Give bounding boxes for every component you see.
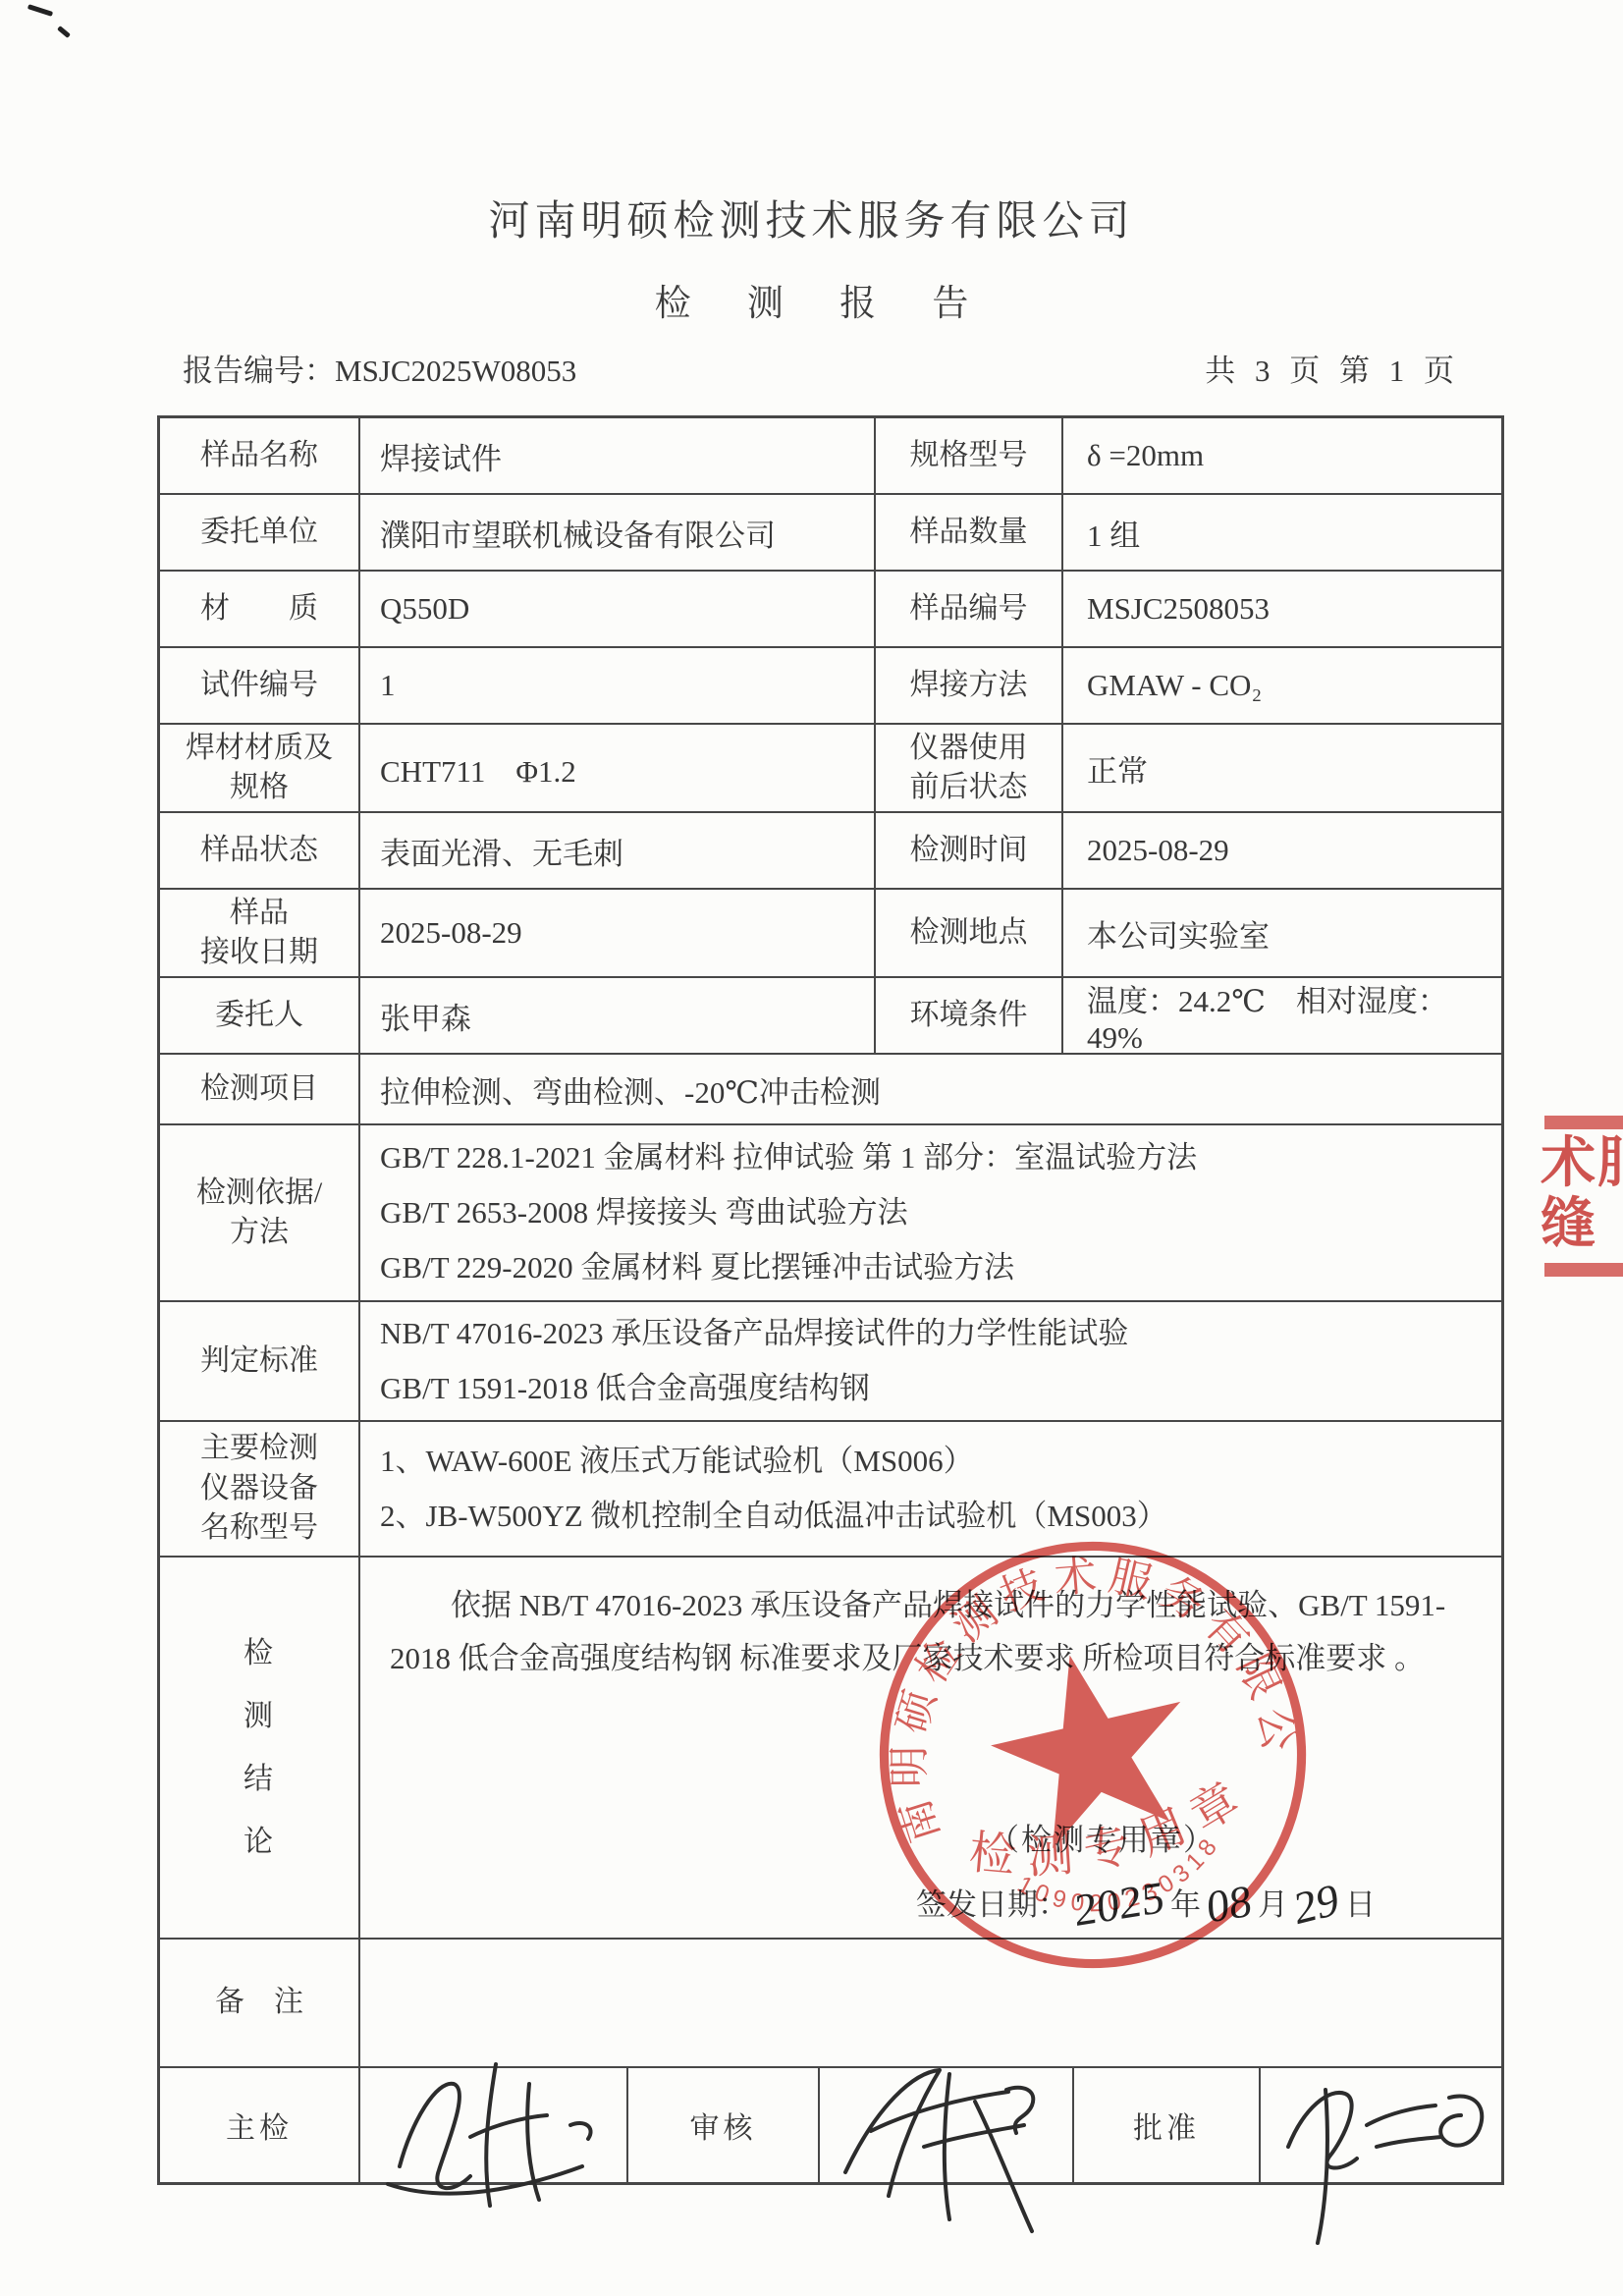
row-label: 样品编号 <box>876 572 1063 646</box>
table-row-judgment-standard: 判定标准 NB/T 47016-2023 承压设备产品焊接试件的力学性能试验 G… <box>160 1302 1501 1422</box>
issue-date-line: 签发日期：2025年08月29日 <box>916 1874 1376 1926</box>
basis-line: GB/T 2653-2008 焊接接头 弯曲试验方法 <box>380 1185 908 1240</box>
row-value: 焊接试件 <box>360 418 876 493</box>
scan-artifact <box>27 4 53 17</box>
judgment-line: GB/T 1591-2018 低合金高强度结构钢 <box>380 1361 870 1416</box>
table-row: 试件编号 1 焊接方法 GMAW - CO₂ <box>160 648 1501 725</box>
table-row: 样品 接收日期 2025-08-29 检测地点 本公司实验室 <box>160 890 1501 978</box>
row-value: δ =20mm <box>1063 418 1501 493</box>
row-label: 仪器使用 前后状态 <box>876 725 1063 811</box>
row-label: 样品 接收日期 <box>160 890 360 976</box>
instrument-line: 2、JB-W500YZ 微机控制全自动低温冲击试验机（MS003） <box>380 1489 1167 1544</box>
row-value: NB/T 47016-2023 承压设备产品焊接试件的力学性能试验 GB/T 1… <box>360 1302 1501 1420</box>
table-row-instruments: 主要检测 仪器设备 名称型号 1、WAW-600E 液压式万能试验机（MS006… <box>160 1422 1501 1558</box>
row-label: 样品名称 <box>160 418 360 493</box>
row-label: 检测项目 <box>160 1055 360 1123</box>
conclusion-text: 依据 NB/T 47016-2023 承压设备产品焊接试件的力学性能试验、GB/… <box>390 1579 1476 1685</box>
inspector-signature <box>360 2068 628 2182</box>
table-row-test-items: 检测项目 拉伸检测、弯曲检测、-20℃冲击检测 <box>160 1055 1501 1125</box>
row-label: 规格型号 <box>876 418 1063 493</box>
row-label: 委托人 <box>160 978 360 1053</box>
issue-date-label: 签发日期： <box>916 1887 1068 1922</box>
paging-seal-bar <box>1544 1263 1623 1277</box>
approver-signature-scribble <box>1261 2050 1506 2198</box>
remarks-value <box>360 1940 1501 2066</box>
row-label: 样品状态 <box>160 813 360 888</box>
row-label: 焊材材质及 规格 <box>160 725 360 811</box>
test-report-page: 河南明硕检测技术服务有限公司 检 测 报 告 报告编号：MSJC2025W080… <box>0 0 1623 2296</box>
row-value: 温度：24.2℃ 相对湿度：49% <box>1063 978 1501 1053</box>
conclusion-cell: 依据 NB/T 47016-2023 承压设备产品焊接试件的力学性能试验、GB/… <box>360 1558 1501 1938</box>
row-label: 备 注 <box>160 1940 360 2066</box>
approver-label: 批准 <box>1074 2068 1261 2182</box>
row-value: 1 组 <box>1063 495 1501 570</box>
table-row-conclusion: 检 测 结 论 依据 NB/T 47016-2023 承压设备产品焊接试件的力学… <box>160 1558 1501 1940</box>
row-value: MSJC2508053 <box>1063 572 1501 646</box>
row-value: 正常 <box>1063 725 1501 811</box>
table-row: 委托人 张甲森 环境条件 温度：24.2℃ 相对湿度：49% <box>160 978 1501 1055</box>
row-value: 张甲森 <box>360 978 876 1053</box>
row-value: CHT711 Φ1.2 <box>360 725 876 811</box>
table-row-signatures: 主检 审核 <box>160 2068 1501 2182</box>
basis-line: GB/T 229-2020 金属材料 夏比摆锤冲击试验方法 <box>380 1240 1014 1295</box>
inspector-label: 主检 <box>160 2068 360 2182</box>
issue-month-handwritten: 08 <box>1206 1874 1252 1934</box>
row-label: 样品数量 <box>876 495 1063 570</box>
row-label: 委托单位 <box>160 495 360 570</box>
row-value: GMAW - CO₂ <box>1063 648 1501 723</box>
paging-seal-characters: 术服 缝 <box>1541 1133 1623 1255</box>
row-value: 2025-08-29 <box>360 890 876 976</box>
page-indicator: 共 3 页 第 1 页 <box>1205 346 1460 390</box>
table-row-remarks: 备 注 <box>160 1940 1501 2068</box>
seal-note: （检测专用章） <box>989 1815 1216 1859</box>
table-row: 焊材材质及 规格 CHT711 Φ1.2 仪器使用 前后状态 正常 <box>160 725 1501 813</box>
instrument-line: 1、WAW-600E 液压式万能试验机（MS006） <box>380 1434 974 1489</box>
row-label: 判定标准 <box>160 1302 360 1420</box>
row-label: 主要检测 仪器设备 名称型号 <box>160 1422 360 1556</box>
table-row: 材 质 Q550D 样品编号 MSJC2508053 <box>160 572 1501 648</box>
row-value: Q550D <box>360 572 876 646</box>
approver-signature <box>1261 2068 1501 2182</box>
issue-day-handwritten: 29 <box>1293 1872 1340 1936</box>
report-title: 检 测 报 告 <box>0 273 1623 326</box>
reviewer-label: 审核 <box>628 2068 820 2182</box>
report-number-label: 报告编号： <box>183 354 335 388</box>
report-number: 报告编号：MSJC2025W08053 <box>183 346 576 390</box>
row-label: 检测依据/ 方法 <box>160 1125 360 1300</box>
report-table: 样品名称 焊接试件 规格型号 δ =20mm 委托单位 濮阳市望联机械设备有限公… <box>157 415 1504 2185</box>
table-row: 样品名称 焊接试件 规格型号 δ =20mm <box>160 418 1501 495</box>
issue-year-handwritten: 2025 <box>1074 1871 1165 1938</box>
row-value: GB/T 228.1-2021 金属材料 拉伸试验 第 1 部分：室温试验方法 … <box>360 1125 1501 1300</box>
row-label: 环境条件 <box>876 978 1063 1053</box>
row-value: 1、WAW-600E 液压式万能试验机（MS006） 2、JB-W500YZ 微… <box>360 1422 1501 1556</box>
row-value: 本公司实验室 <box>1063 890 1501 976</box>
table-row: 委托单位 濮阳市望联机械设备有限公司 样品数量 1 组 <box>160 495 1501 572</box>
issue-year-unit: 年 <box>1170 1887 1201 1922</box>
row-value: 2025-08-29 <box>1063 813 1501 888</box>
table-row-test-basis: 检测依据/ 方法 GB/T 228.1-2021 金属材料 拉伸试验 第 1 部… <box>160 1125 1501 1302</box>
reviewer-signature <box>820 2068 1074 2182</box>
inspector-signature-scribble <box>360 2050 628 2198</box>
table-row: 样品状态 表面光滑、无毛刺 检测时间 2025-08-29 <box>160 813 1501 890</box>
basis-line: GB/T 228.1-2021 金属材料 拉伸试验 第 1 部分：室温试验方法 <box>380 1130 1197 1185</box>
row-label: 检测时间 <box>876 813 1063 888</box>
row-label: 材 质 <box>160 572 360 646</box>
paging-seal-bar <box>1544 1116 1623 1129</box>
row-label: 试件编号 <box>160 648 360 723</box>
scan-artifact <box>57 26 71 38</box>
issue-day-unit: 日 <box>1345 1887 1376 1922</box>
report-number-value: MSJC2025W08053 <box>335 354 576 388</box>
judgment-line: NB/T 47016-2023 承压设备产品焊接试件的力学性能试验 <box>380 1306 1128 1361</box>
issue-month-unit: 月 <box>1258 1887 1288 1922</box>
company-title: 河南明硕检测技术服务有限公司 <box>0 189 1623 247</box>
paging-seal-partial-stamp: 术服 缝 <box>1539 1108 1623 1283</box>
row-value: 濮阳市望联机械设备有限公司 <box>360 495 876 570</box>
reviewer-signature-scribble <box>820 2050 1074 2217</box>
row-value: 拉伸检测、弯曲检测、-20℃冲击检测 <box>360 1055 1501 1123</box>
row-value: 表面光滑、无毛刺 <box>360 813 876 888</box>
row-label: 焊接方法 <box>876 648 1063 723</box>
row-value: 1 <box>360 648 876 723</box>
row-label: 检测地点 <box>876 890 1063 976</box>
row-label: 检 测 结 论 <box>160 1558 360 1938</box>
